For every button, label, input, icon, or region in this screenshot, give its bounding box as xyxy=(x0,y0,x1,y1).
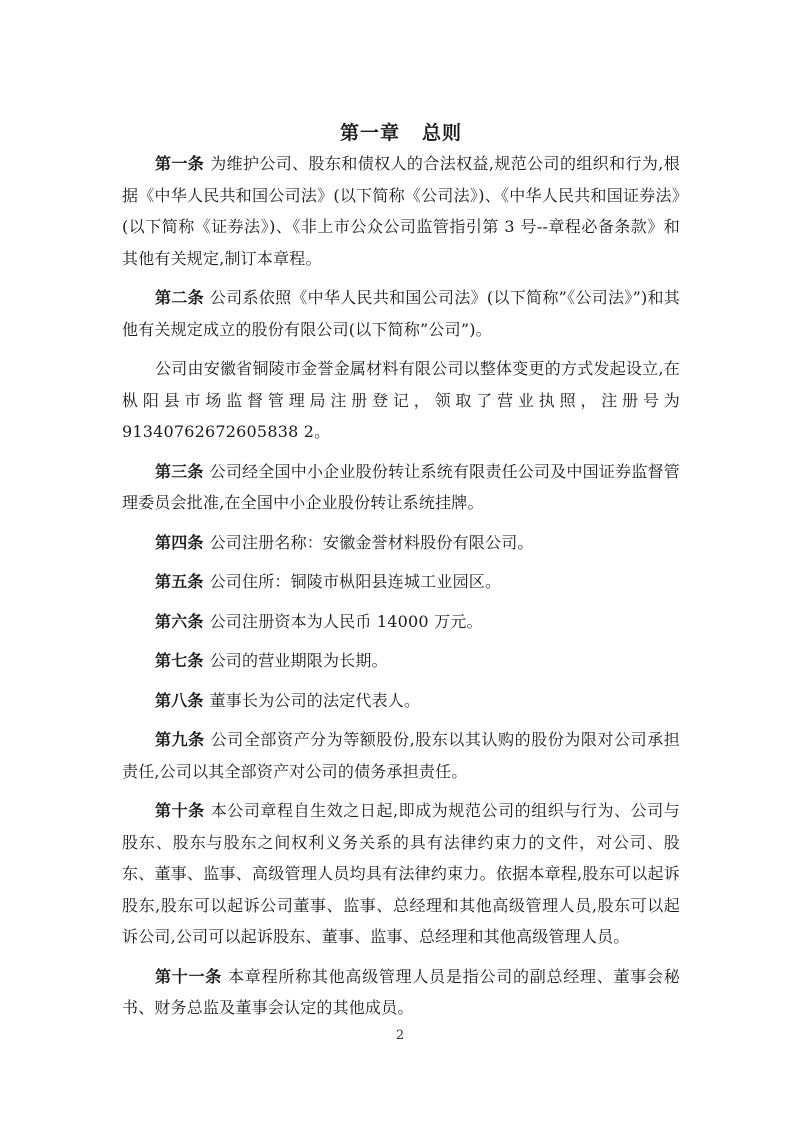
article-number: 第十条 xyxy=(155,801,205,820)
article-text: 公司住所：铜陵市枞阳县连城工业园区。 xyxy=(210,572,502,591)
article-number: 第二条 xyxy=(155,288,204,307)
article-2: 第二条公司系依照《中华人民共和国公司法》(以下简称”《公司法》”)和其他有关规定… xyxy=(122,282,680,345)
article-6: 第六条公司注册资本为人民币 14000 万元。 xyxy=(122,606,680,638)
article-9: 第九条公司全部资产分为等额股份,股东以其认购的股份为限对公司承担责任,公司以其全… xyxy=(122,724,680,787)
article-number: 第九条 xyxy=(155,730,205,749)
article-4: 第四条公司注册名称：安徽金誉材料股份有限公司。 xyxy=(122,527,680,559)
article-text: 本公司章程自生效之日起,即成为规范公司的组织与行为、公司与股东、股东与股东之间权… xyxy=(122,801,680,946)
article-number: 第七条 xyxy=(155,651,204,670)
chapter-title: 总则 xyxy=(422,122,462,144)
article-8: 第八条董事长为公司的法定代表人。 xyxy=(122,685,680,717)
article-1: 第一条为维护公司、股东和债权人的合法权益,规范公司的组织和行为,根据《中华人民共… xyxy=(122,148,680,274)
article-number: 第十一条 xyxy=(155,967,222,986)
article-text: 公司经全国中小企业股份转让系统有限责任公司及中国证券监督管理委员会批准,在全国中… xyxy=(122,462,680,513)
article-number: 第一条 xyxy=(155,154,204,173)
article-number: 第三条 xyxy=(155,462,204,481)
article-text: 公司由安徽省铜陵市金誉金属材料有限公司以整体变更的方式发起设立,在枞阳县市场监督… xyxy=(122,359,680,441)
article-11: 第十一条本章程所称其他高级管理人员是指公司的副总经理、董事会秘书、财务总监及董事… xyxy=(122,961,680,1024)
article-number: 第四条 xyxy=(155,533,204,552)
article-2-paragraph-2: 公司由安徽省铜陵市金誉金属材料有限公司以整体变更的方式发起设立,在枞阳县市场监督… xyxy=(122,353,680,448)
article-text: 董事长为公司的法定代表人。 xyxy=(210,691,421,710)
document-page: 第一章总则 第一条为维护公司、股东和债权人的合法权益,规范公司的组织和行为,根据… xyxy=(122,118,680,1024)
article-10: 第十条本公司章程自生效之日起,即成为规范公司的组织与行为、公司与股东、股东与股东… xyxy=(122,795,680,953)
article-number: 第八条 xyxy=(155,691,204,710)
page-number: 2 xyxy=(0,1028,800,1043)
article-text: 公司注册名称：安徽金誉材料股份有限公司。 xyxy=(210,533,534,552)
article-3: 第三条公司经全国中小企业股份转让系统有限责任公司及中国证券监督管理委员会批准,在… xyxy=(122,456,680,519)
article-5: 第五条公司住所：铜陵市枞阳县连城工业园区。 xyxy=(122,566,680,598)
article-number: 第六条 xyxy=(155,612,204,631)
article-text: 公司系依照《中华人民共和国公司法》(以下简称”《公司法》”)和其他有关规定成立的… xyxy=(122,288,680,339)
chapter-heading: 第一章总则 xyxy=(122,118,680,148)
article-number: 第五条 xyxy=(155,572,204,591)
article-text: 为维护公司、股东和债权人的合法权益,规范公司的组织和行为,根据《中华人民共和国公… xyxy=(122,154,680,268)
article-text: 公司注册资本为人民币 14000 万元。 xyxy=(210,612,483,631)
article-text: 公司全部资产分为等额股份,股东以其认购的股份为限对公司承担责任,公司以其全部资产… xyxy=(122,730,680,781)
chapter-number: 第一章 xyxy=(340,122,400,144)
article-7: 第七条公司的营业期限为长期。 xyxy=(122,645,680,677)
article-text: 公司的营业期限为长期。 xyxy=(210,651,388,670)
